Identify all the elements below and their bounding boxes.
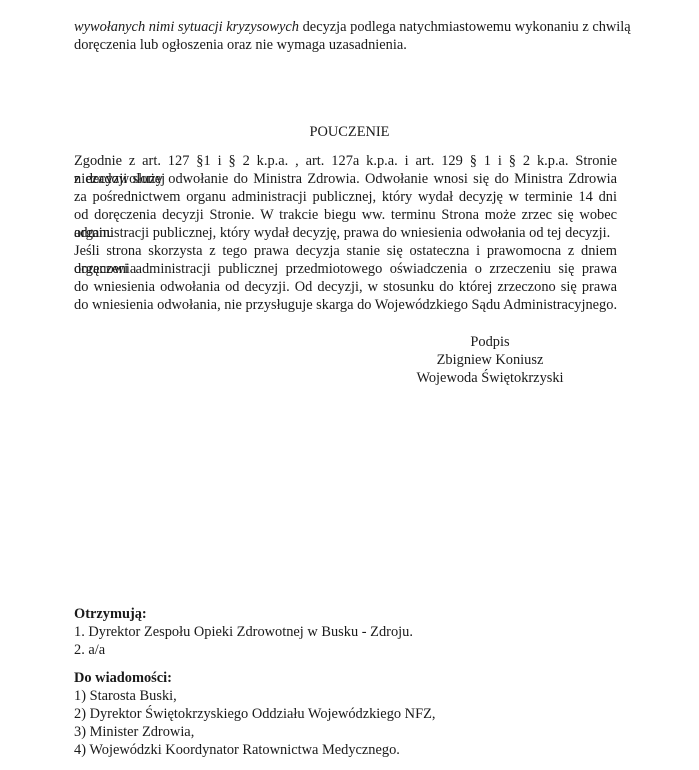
document-page: wywołanych nimi sytuacji kryzysowych dec… — [0, 0, 699, 770]
recipients-heading: Otrzymują: — [74, 605, 147, 623]
cc-item: 4) Wojewódzki Koordynator Ratownictwa Me… — [74, 741, 400, 759]
pouczenie-line: do wniesienia odwołania, nie przysługuje… — [74, 296, 617, 314]
pouczenie-line: za pośrednictwem organu administracji pu… — [74, 188, 617, 206]
recipient-item: 1. Dyrektor Zespołu Opieki Zdrowotnej w … — [74, 623, 413, 641]
pouczenie-title: POUCZENIE — [0, 123, 699, 141]
signature-role: Wojewoda Świętokrzyski — [360, 369, 620, 387]
intro-line-1-rest: decyzja podlega natychmiastowemu wykonan… — [299, 19, 631, 35]
pouczenie-line: administracji publicznej, który wydał de… — [74, 224, 610, 242]
cc-item: 3) Minister Zdrowia, — [74, 723, 194, 741]
pouczenie-line: z decyzji służy odwołanie do Ministra Zd… — [74, 170, 617, 188]
signature-label: Podpis — [360, 333, 620, 351]
intro-line-1: wywołanych nimi sytuacji kryzysowych dec… — [74, 18, 631, 36]
cc-heading: Do wiadomości: — [74, 669, 172, 687]
cc-item: 1) Starosta Buski, — [74, 687, 177, 705]
signature-name: Zbigniew Koniusz — [360, 351, 620, 369]
intro-line-2: doręczenia lub ogłoszenia oraz nie wymag… — [74, 36, 407, 54]
pouczenie-line: organowi administracji publicznej przedm… — [74, 260, 617, 278]
cc-item: 2) Dyrektor Świętokrzyskiego Oddziału Wo… — [74, 705, 435, 723]
intro-italic-phrase: wywołanych nimi sytuacji kryzysowych — [74, 19, 299, 35]
recipient-item: 2. a/a — [74, 641, 105, 659]
pouczenie-line: do wniesienia odwołania od decyzji. Od d… — [74, 278, 617, 296]
